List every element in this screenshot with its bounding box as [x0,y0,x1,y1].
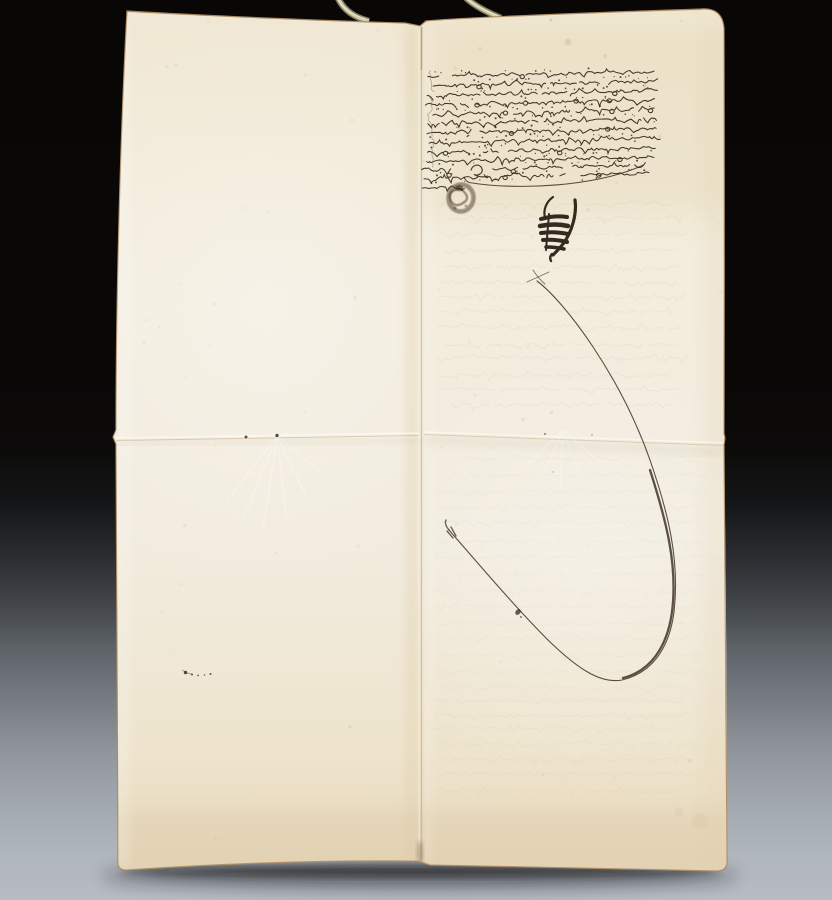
stand-cord-left [336,0,369,21]
photo-canvas [0,0,832,900]
stand-cord-right [463,0,501,18]
manuscript-photo [0,0,832,900]
